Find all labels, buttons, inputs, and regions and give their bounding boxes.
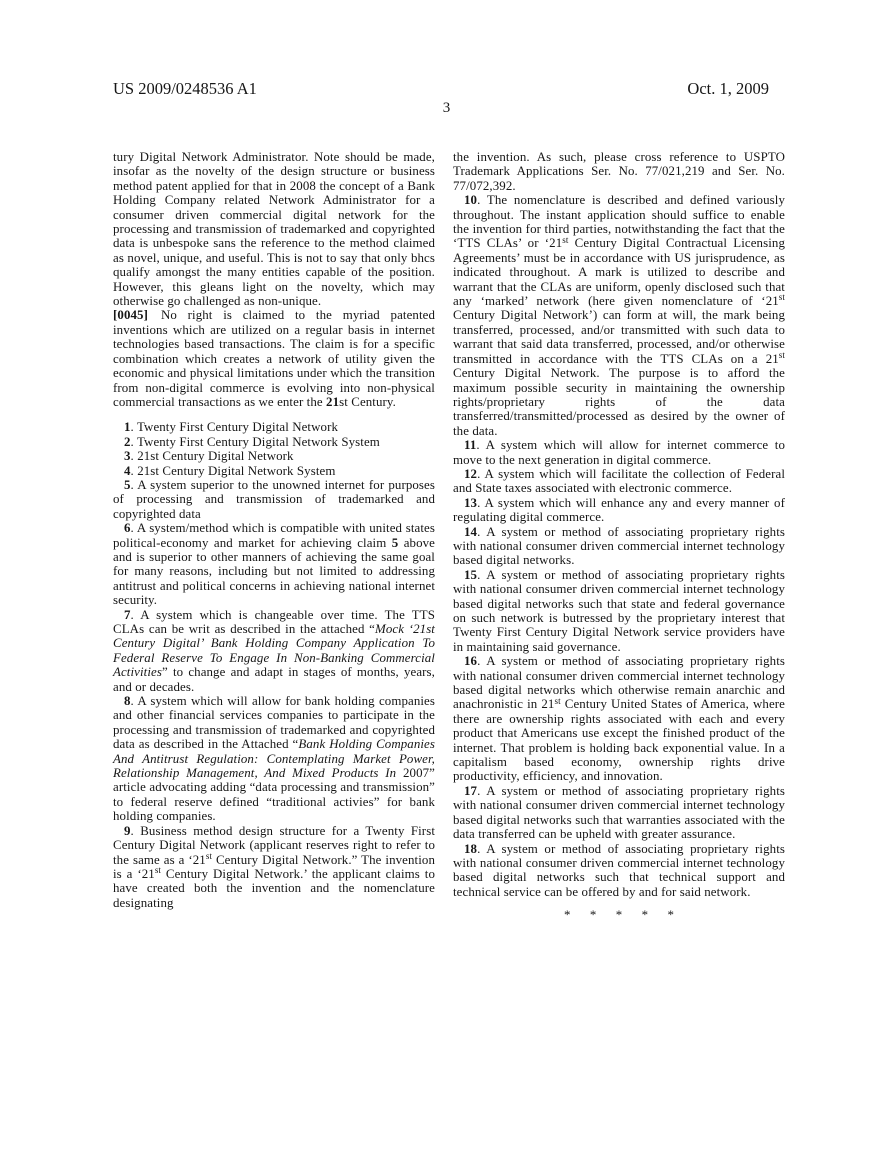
text-run: 13 — [464, 496, 477, 510]
text-run: 14 — [464, 525, 477, 539]
body-columns: tury Digital Network Administrator. Note… — [113, 150, 785, 923]
text-run: 17 — [464, 784, 477, 798]
claim-14: 14. A system or method of associating pr… — [453, 525, 785, 568]
text-run: 12 — [464, 467, 477, 481]
text-run: . Twenty First Century Digital Network — [131, 420, 338, 434]
claim-17: 17. A system or method of associating pr… — [453, 784, 785, 842]
list-item-3: 3. 21st Century Digital Network — [113, 449, 435, 463]
list-item-4: 4. 21st Century Digital Network System — [113, 464, 435, 478]
continuation-paragraph: the invention. As such, please cross ref… — [453, 150, 785, 193]
text-run: the invention. As such, please cross ref… — [453, 150, 785, 193]
claim-13: 13. A system which will enhance any and … — [453, 496, 785, 525]
text-run: Century Digital Network’) can form at wi… — [453, 308, 785, 365]
claim-10: 10. The nomenclature is described and de… — [453, 193, 785, 438]
text-run: 18 — [464, 842, 477, 856]
superscript-text: st — [554, 696, 560, 706]
text-run: ” to change and adapt in stages of month… — [113, 665, 435, 693]
text-run: st Century. — [339, 395, 396, 409]
publication-date: Oct. 1, 2009 — [687, 79, 769, 99]
superscript-text: st — [779, 292, 785, 302]
text-run: Century Digital Network. The purpose is … — [453, 366, 785, 438]
page-number: 3 — [0, 100, 893, 117]
text-run: * * * * * — [564, 908, 674, 922]
superscript-text: st — [206, 851, 212, 861]
superscript-text: st — [779, 350, 785, 360]
claims-end-marker: * * * * * — [453, 908, 785, 922]
superscript-text: st — [562, 235, 568, 245]
text-run: . A system or method of associating prop… — [453, 784, 785, 841]
claim-11: 11. A system which will allow for intern… — [453, 438, 785, 467]
page-header: US 2009/0248536 A1 Oct. 1, 2009 — [113, 79, 769, 99]
superscript-text: st — [155, 865, 161, 875]
text-run: . A system or method of associating prop… — [453, 842, 785, 899]
list-item-2: 2. Twenty First Century Digital Network … — [113, 435, 435, 449]
right-column: the invention. As such, please cross ref… — [453, 150, 785, 923]
claim-18: 18. A system or method of associating pr… — [453, 842, 785, 900]
claim-8: 8. A system which will allow for bank ho… — [113, 694, 435, 824]
patent-publication-number: US 2009/0248536 A1 — [113, 79, 257, 99]
claim-7: 7. A system which is changeable over tim… — [113, 608, 435, 694]
text-run: . A system superior to the unowned inter… — [113, 478, 435, 521]
text-run: . A system which will allow for internet… — [453, 438, 785, 466]
list-item-1: 1. Twenty First Century Digital Network — [113, 420, 435, 434]
text-run: 15 — [464, 568, 477, 582]
text-run: . A system which will enhance any and ev… — [453, 496, 785, 524]
claim-12: 12. A system which will facilitate the c… — [453, 467, 785, 496]
text-run: . A system or method of associating prop… — [453, 525, 785, 568]
patent-document-page: US 2009/0248536 A1 Oct. 1, 2009 3 tury D… — [0, 0, 893, 1155]
claim-6: 6. A system/method which is compatible w… — [113, 521, 435, 607]
text-run: 11 — [464, 438, 476, 452]
left-column: tury Digital Network Administrator. Note… — [113, 150, 435, 923]
claim-15: 15. A system or method of associating pr… — [453, 568, 785, 654]
claim-9: 9. Business method design structure for … — [113, 824, 435, 910]
text-run: . Twenty First Century Digital Network S… — [131, 435, 380, 449]
text-run: tury Digital Network Administrator. Note… — [113, 150, 435, 308]
text-run: 10 — [464, 193, 477, 207]
claim-16: 16. A system or method of associating pr… — [453, 654, 785, 784]
continuation-paragraph: tury Digital Network Administrator. Note… — [113, 150, 435, 308]
claim-5: 5. A system superior to the unowned inte… — [113, 478, 435, 521]
text-run: 16 — [464, 654, 477, 668]
text-run: . A system/method which is compatible wi… — [113, 521, 435, 549]
text-run: . A system which will facilitate the col… — [453, 467, 785, 495]
text-run: [0045] — [113, 308, 148, 322]
text-run: . A system or method of associating prop… — [453, 568, 785, 654]
text-run: . 21st Century Digital Network System — [131, 464, 336, 478]
text-run: No right is claimed to the myriad patent… — [113, 308, 435, 408]
paragraph-0045: [0045] No right is claimed to the myriad… — [113, 308, 435, 409]
text-run: Century Digital Network.’ the applicant … — [113, 867, 435, 910]
text-run: . 21st Century Digital Network — [131, 449, 294, 463]
text-run: 21 — [326, 395, 339, 409]
